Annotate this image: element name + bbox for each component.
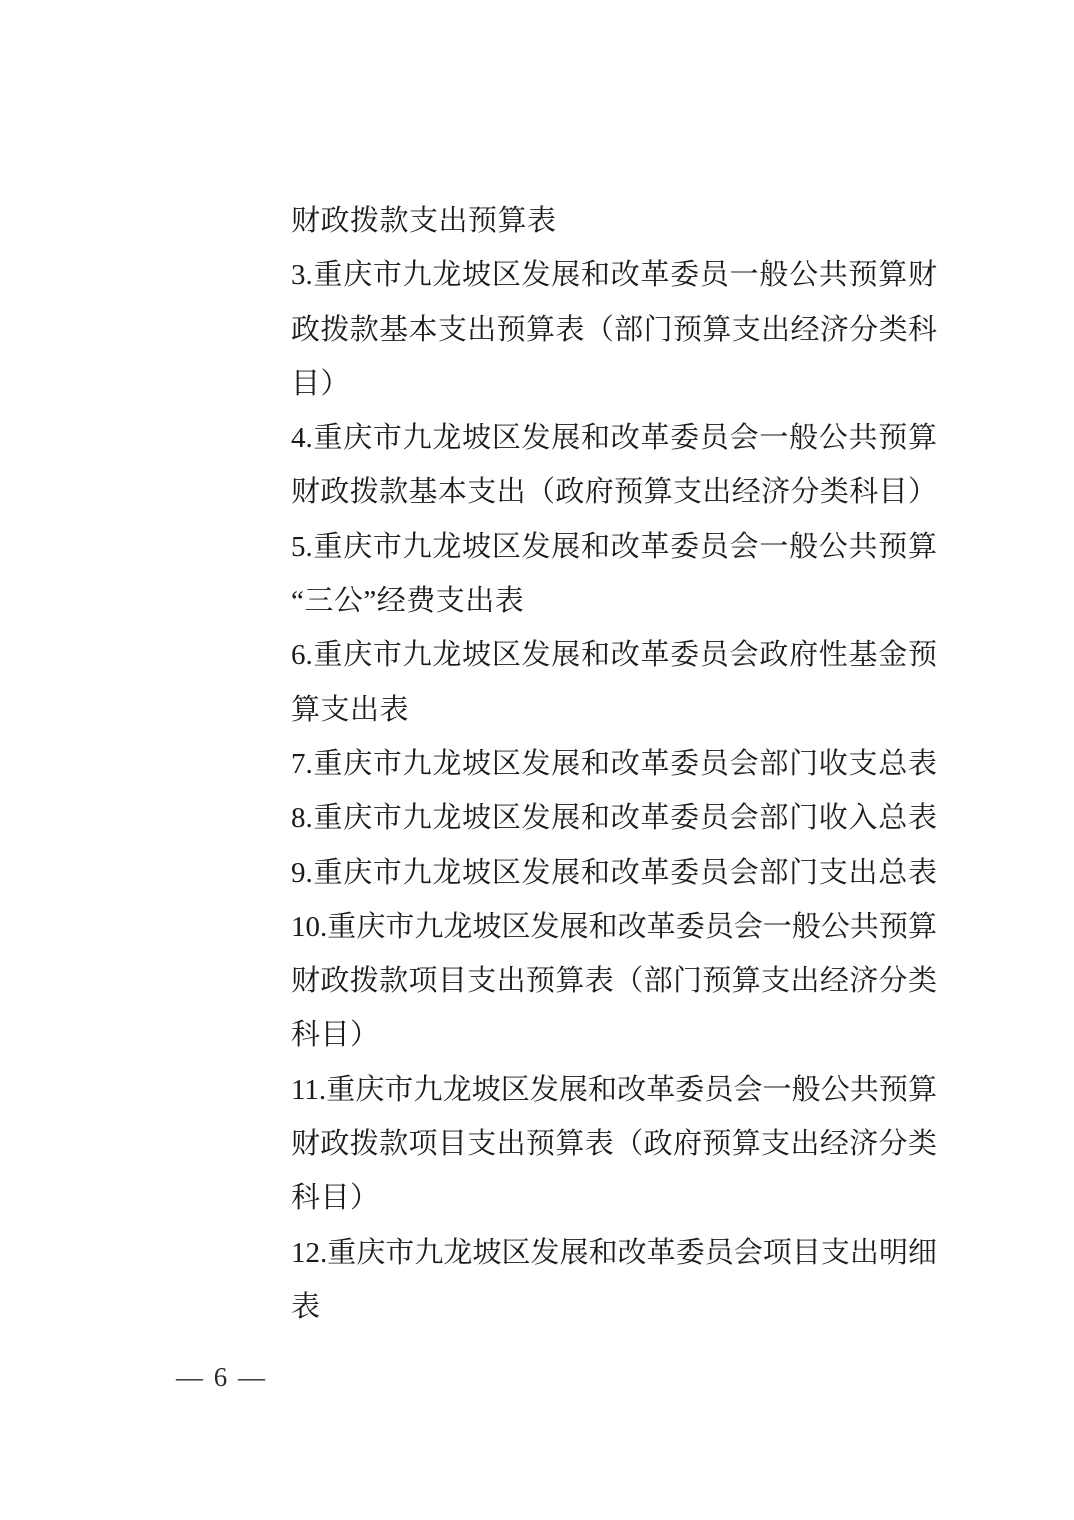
doc-line: 10.重庆市九龙坡区发展和改革委员会一般公共预算 — [291, 900, 937, 954]
doc-line: 11.重庆市九龙坡区发展和改革委员会一般公共预算 — [291, 1063, 937, 1117]
document-page: 财政拨款支出预算表 3.重庆市九龙坡区发展和改革委员一般公共预算财 政拨款基本支… — [0, 0, 1074, 1520]
doc-line: 财政拨款项目支出预算表（部门预算支出经济分类 — [291, 954, 937, 1008]
doc-line: 3.重庆市九龙坡区发展和改革委员一般公共预算财 — [291, 248, 937, 302]
page-number: — 6 — — [176, 1360, 267, 1394]
doc-line: 5.重庆市九龙坡区发展和改革委员会一般公共预算 — [291, 520, 937, 574]
attachment-table-list: 财政拨款支出预算表 3.重庆市九龙坡区发展和改革委员一般公共预算财 政拨款基本支… — [291, 194, 937, 1334]
doc-line: 科目） — [291, 1008, 937, 1062]
doc-line: 科目） — [291, 1171, 937, 1225]
doc-line: 目） — [291, 357, 937, 411]
doc-line: 算支出表 — [291, 683, 937, 737]
doc-line: 财政拨款基本支出（政府预算支出经济分类科目） — [291, 465, 937, 519]
doc-line: 4.重庆市九龙坡区发展和改革委员会一般公共预算 — [291, 411, 937, 465]
doc-line: 政拨款基本支出预算表（部门预算支出经济分类科 — [291, 303, 937, 357]
doc-line: 8.重庆市九龙坡区发展和改革委员会部门收入总表 — [291, 791, 937, 845]
doc-line: 财政拨款项目支出预算表（政府预算支出经济分类 — [291, 1117, 937, 1171]
doc-line: 9.重庆市九龙坡区发展和改革委员会部门支出总表 — [291, 846, 937, 900]
doc-line: 7.重庆市九龙坡区发展和改革委员会部门收支总表 — [291, 737, 937, 791]
doc-line: 6.重庆市九龙坡区发展和改革委员会政府性基金预 — [291, 628, 937, 682]
doc-line: 表 — [291, 1280, 937, 1334]
doc-line: “三公”经费支出表 — [291, 574, 937, 628]
doc-line: 12.重庆市九龙坡区发展和改革委员会项目支出明细 — [291, 1226, 937, 1280]
doc-line: 财政拨款支出预算表 — [291, 194, 937, 248]
